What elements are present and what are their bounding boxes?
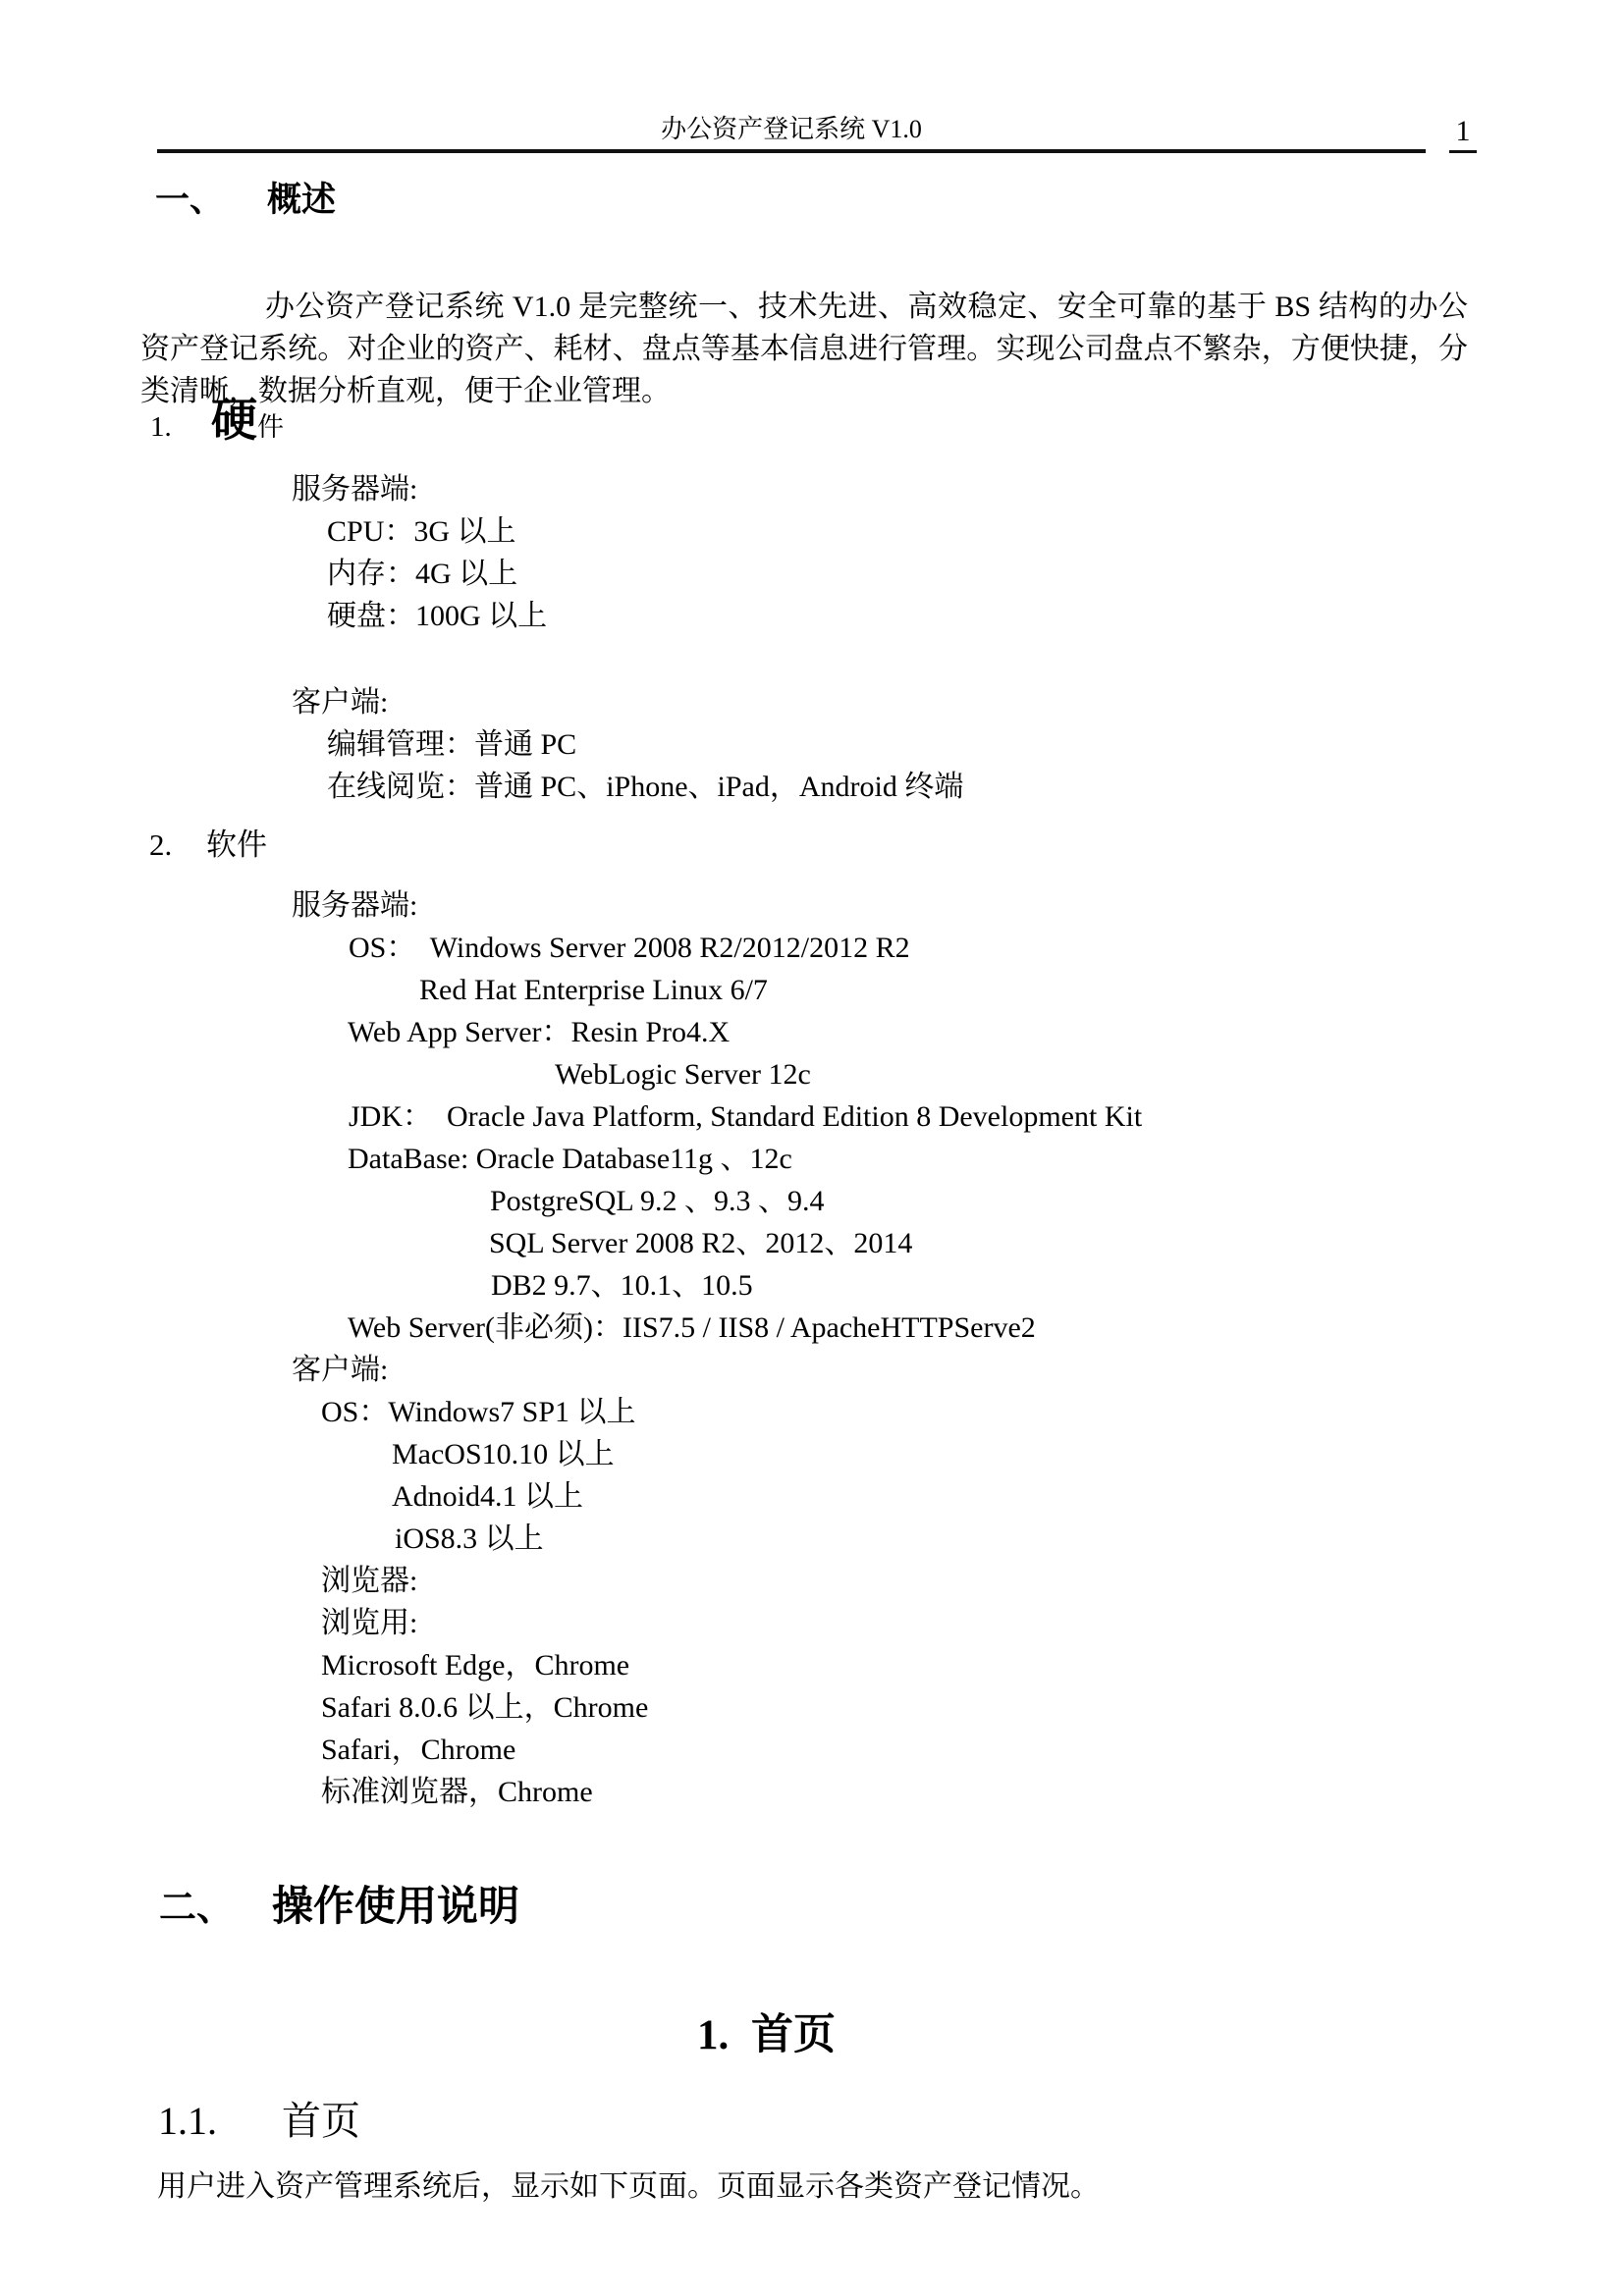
sw-server-line-sqlserver: SQL Server 2008 R2、2012、2014 [489,1222,912,1264]
heading-hardware-label-big: 硬 [211,396,257,447]
document-page: 办公资产登记系统 V1.0 1 一、概述 办公资产登记系统 V1.0 是完整统一… [0,0,1624,2296]
hw-server-item-cpu: CPU：3G 以上 [327,510,516,553]
sw-client-line-standard: 标准浏览器，Chrome [321,1771,593,1813]
sw-server-line-jdk: JDK： Oracle Java Platform, Standard Edit… [349,1095,1142,1138]
sw-client-line-browser-label: 浏览器: [321,1560,417,1602]
hw-client-item-edit: 编辑管理：普通 PC [327,723,576,766]
sw-client-line-android: Adnoid4.1 以上 [392,1475,583,1518]
heading-software-label: 软件 [206,828,267,862]
sw-server-line-os: OS： Windows Server 2008 R2/2012/2012 R2 [349,927,910,969]
sw-server-line-webapp: Web App Server：Resin Pro4.X [348,1011,730,1053]
sw-client-label: 客户端: [292,1349,388,1391]
chapter-title-home: 1.首页 [697,2008,836,2063]
heading-software-number: 2. [149,823,206,868]
page-number-value: 1 [1449,114,1477,153]
heading-home-sub-label: 首页 [282,2099,360,2143]
sw-server-line-db2: DB2 9.7、10.1、10.5 [491,1264,753,1307]
sw-server-line-redhat: Red Hat Enterprise Linux 6/7 [419,969,768,1011]
heading-operation: 二、操作使用说明 [159,1881,519,1935]
heading-software: 2.软件 [149,823,267,868]
heading-hardware-label-small: 件 [257,412,284,442]
chapter-title-label: 首页 [751,2012,836,2058]
chapter-title-number: 1. [697,2008,751,2063]
heading-overview-label: 概述 [267,181,336,219]
heading-home-sub-number: 1.1. [158,2095,282,2148]
home-description-paragraph: 用户进入资产管理系统后，显示如下页面。页面显示各类资产登记情况。 [157,2165,1100,2208]
sw-server-line-webserver: Web Server(非必须)：IIS7.5 / IIS8 / ApacheHT… [348,1307,1036,1349]
heading-operation-number: 二、 [159,1882,272,1935]
hw-client-item-view: 在线阅览：普通 PC、iPhone、iPad，Android 终端 [327,766,963,808]
heading-hardware: 1.硬件 [150,395,284,454]
heading-operation-label: 操作使用说明 [272,1885,519,1930]
page-number: 1 [1449,114,1477,153]
sw-server-line-weblogic: WebLogic Server 12c [555,1053,811,1095]
page-header-title: 办公资产登记系统 V1.0 [157,110,1426,149]
hw-server-item-memory: 内存：4G 以上 [327,553,517,595]
hw-client-label: 客户端: [292,681,388,723]
hw-server-item-disk: 硬盘：100G 以上 [327,595,547,637]
sw-server-label: 服务器端: [292,884,417,927]
sw-server-line-database: DataBase: Oracle Database11g 、12c [348,1138,792,1180]
heading-overview-number: 一、 [155,177,267,224]
sw-client-line-os: OS：Windows7 SP1 以上 [321,1391,636,1433]
sw-client-line-ios: iOS8.3 以上 [395,1518,544,1560]
sw-server-line-postgresql: PostgreSQL 9.2 、9.3 、9.4 [490,1180,825,1222]
hw-server-label: 服务器端: [292,468,417,510]
sw-client-line-macos: MacOS10.10 以上 [392,1433,615,1475]
sw-client-line-safari: Safari，Chrome [321,1729,515,1771]
sw-client-line-browseuse-label: 浏览用: [321,1602,417,1644]
sw-client-line-safari8: Safari 8.0.6 以上，Chrome [321,1686,648,1729]
heading-hardware-number: 1. [150,400,211,454]
heading-overview: 一、概述 [155,177,336,224]
overview-paragraph: 办公资产登记系统 V1.0 是完整统一、技术先进、高效稳定、安全可靠的基于 BS… [140,286,1468,412]
sw-client-line-edge: Microsoft Edge，Chrome [321,1644,629,1686]
heading-home-sub: 1.1.首页 [158,2095,360,2148]
header-divider [157,149,1426,153]
